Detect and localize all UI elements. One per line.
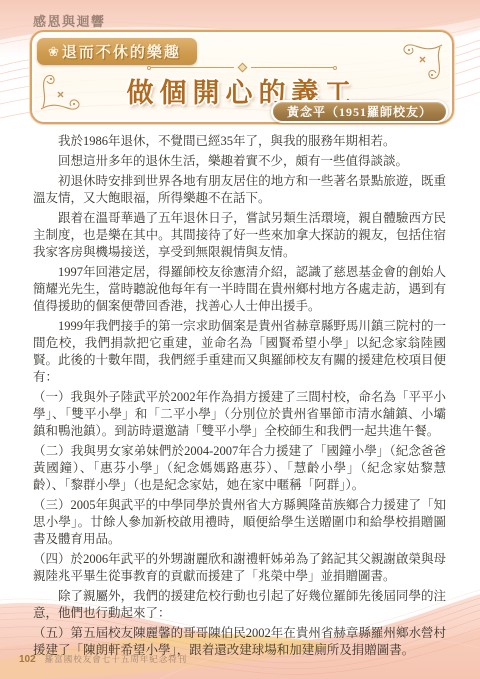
section-label: 感恩與迴響: [33, 11, 106, 30]
article-paragraph: 除了親屬外，我們的援建危校行動也引起了好幾位羅師先後屆同學的注意，他們也行動起來…: [33, 588, 446, 622]
article-paragraph: （二）我與男女家弟妹們於2004-2007年合力援建了「國鐘小學」（紀念爸爸黃國…: [33, 443, 446, 494]
article-paragraph: 初退休時安排到世界各地有朋友居住的地方和一些著名景點旅遊，既重溫友情，又大飽眼福…: [33, 173, 446, 207]
flower-icon: ❀: [48, 44, 59, 60]
divider-line: [151, 67, 234, 68]
page-footer: 102 羅富國校友會七十五周年紀念特刊: [19, 653, 187, 665]
article-paragraph: （一）我與外子陸武平於2002年作為捐方援建了三間村校，命名為「平平小學」、「雙…: [33, 389, 446, 440]
article-paragraph: 我於1986年退休，不覺間已經35年了，與我的服務年期相若。: [33, 133, 446, 150]
ribbon-label: 退而不休的樂趣: [62, 41, 181, 62]
article-paragraph: 1999年我們接手的第一宗求助個案是貴州省赫章縣野馬川鎮三院村的一間危校，我們捐…: [33, 318, 446, 386]
article-body: 我於1986年退休，不覺間已經35年了，與我的服務年期相若。回想這卅多年的退休生…: [33, 133, 446, 662]
author-badge: 黃念平（1951羅師校友）: [271, 100, 448, 123]
section-ribbon: ❀ 退而不休的樂趣: [37, 38, 197, 65]
title-divider: [147, 64, 337, 71]
page-number: 102: [19, 654, 36, 665]
divider-dot-icon: [333, 66, 337, 70]
article-paragraph: 跟着在溫哥華過了五年退休日子，嘗試另類生活環境，親自體驗西方民主制度，也是樂在其…: [33, 210, 446, 261]
article-paragraph: 1997年回港定居，得羅師校友徐憲清介紹，認識了慈恩基金會的創始人簡耀光先生，當…: [33, 264, 446, 315]
divider-line: [251, 67, 334, 68]
author-name: 黃念平（1951羅師校友）: [287, 103, 432, 120]
publication-title: 羅富國校友會七十五周年紀念特刊: [45, 653, 188, 665]
article-paragraph: 回想這卅多年的退休生活，樂趣着實不少，頗有一些值得談談。: [33, 153, 446, 170]
article-paragraph: （三）2005年與武平的中學同學於貴州省大方縣興隆苗族鄉合力援建了「知思小學」。…: [33, 497, 446, 548]
article-paragraph: （四）於2006年武平的外甥謝麗欣和謝禮軒姊弟為了銘記其父親謝啟榮與母親陸兆平畢…: [33, 551, 446, 585]
article-header-frame: ❀ 退而不休的樂趣 做個開心的義工 黃念平（1951羅師校友）: [30, 30, 454, 124]
